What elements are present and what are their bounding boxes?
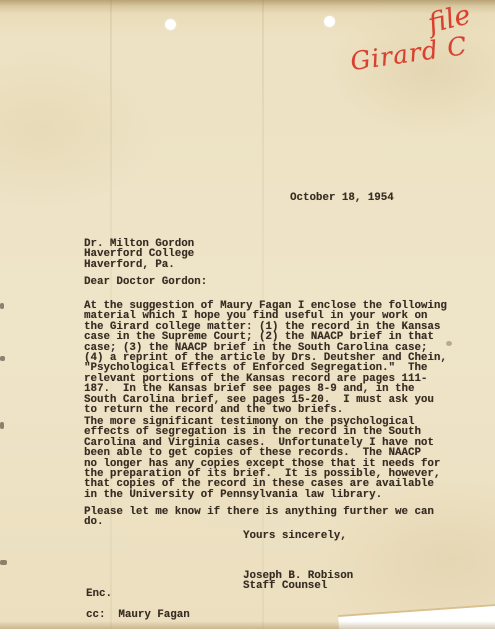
scan-edge-smudge: [0, 422, 4, 429]
letter-page: file Girard C October 18, 1954 Dr. Milto…: [0, 0, 495, 629]
punch-hole-right: [324, 16, 335, 27]
enclosure-note: Enc.: [86, 589, 112, 599]
handwritten-case-note: Girard C: [349, 31, 470, 76]
punch-hole-left: [165, 19, 176, 30]
scan-edge-smudge: [0, 303, 4, 309]
scanned-letter: file Girard C October 18, 1954 Dr. Milto…: [0, 0, 495, 640]
scan-background-strip: [0, 629, 495, 640]
closing-line: Yours sincerely,: [243, 531, 347, 541]
signature-block: Joseph B. Robison Staff Counsel: [243, 571, 353, 592]
recipient-address: Dr. Milton Gordon Haverford College Have…: [84, 239, 194, 270]
cc-line: cc: Maury Fagan: [86, 610, 190, 620]
body-paragraph-1: At the suggestion of Maury Fagan I enclo…: [84, 301, 447, 415]
scan-edge-smudge: [0, 356, 5, 361]
salutation: Dear Doctor Gordon:: [84, 277, 207, 287]
letter-date: October 18, 1954: [290, 193, 394, 203]
paper-fleck: [446, 341, 452, 346]
body-paragraph-3: Please let me know if there is anything …: [84, 507, 434, 528]
scan-edge-smudge: [0, 560, 7, 565]
body-paragraph-2: The more significant testimony on the ps…: [84, 417, 440, 500]
